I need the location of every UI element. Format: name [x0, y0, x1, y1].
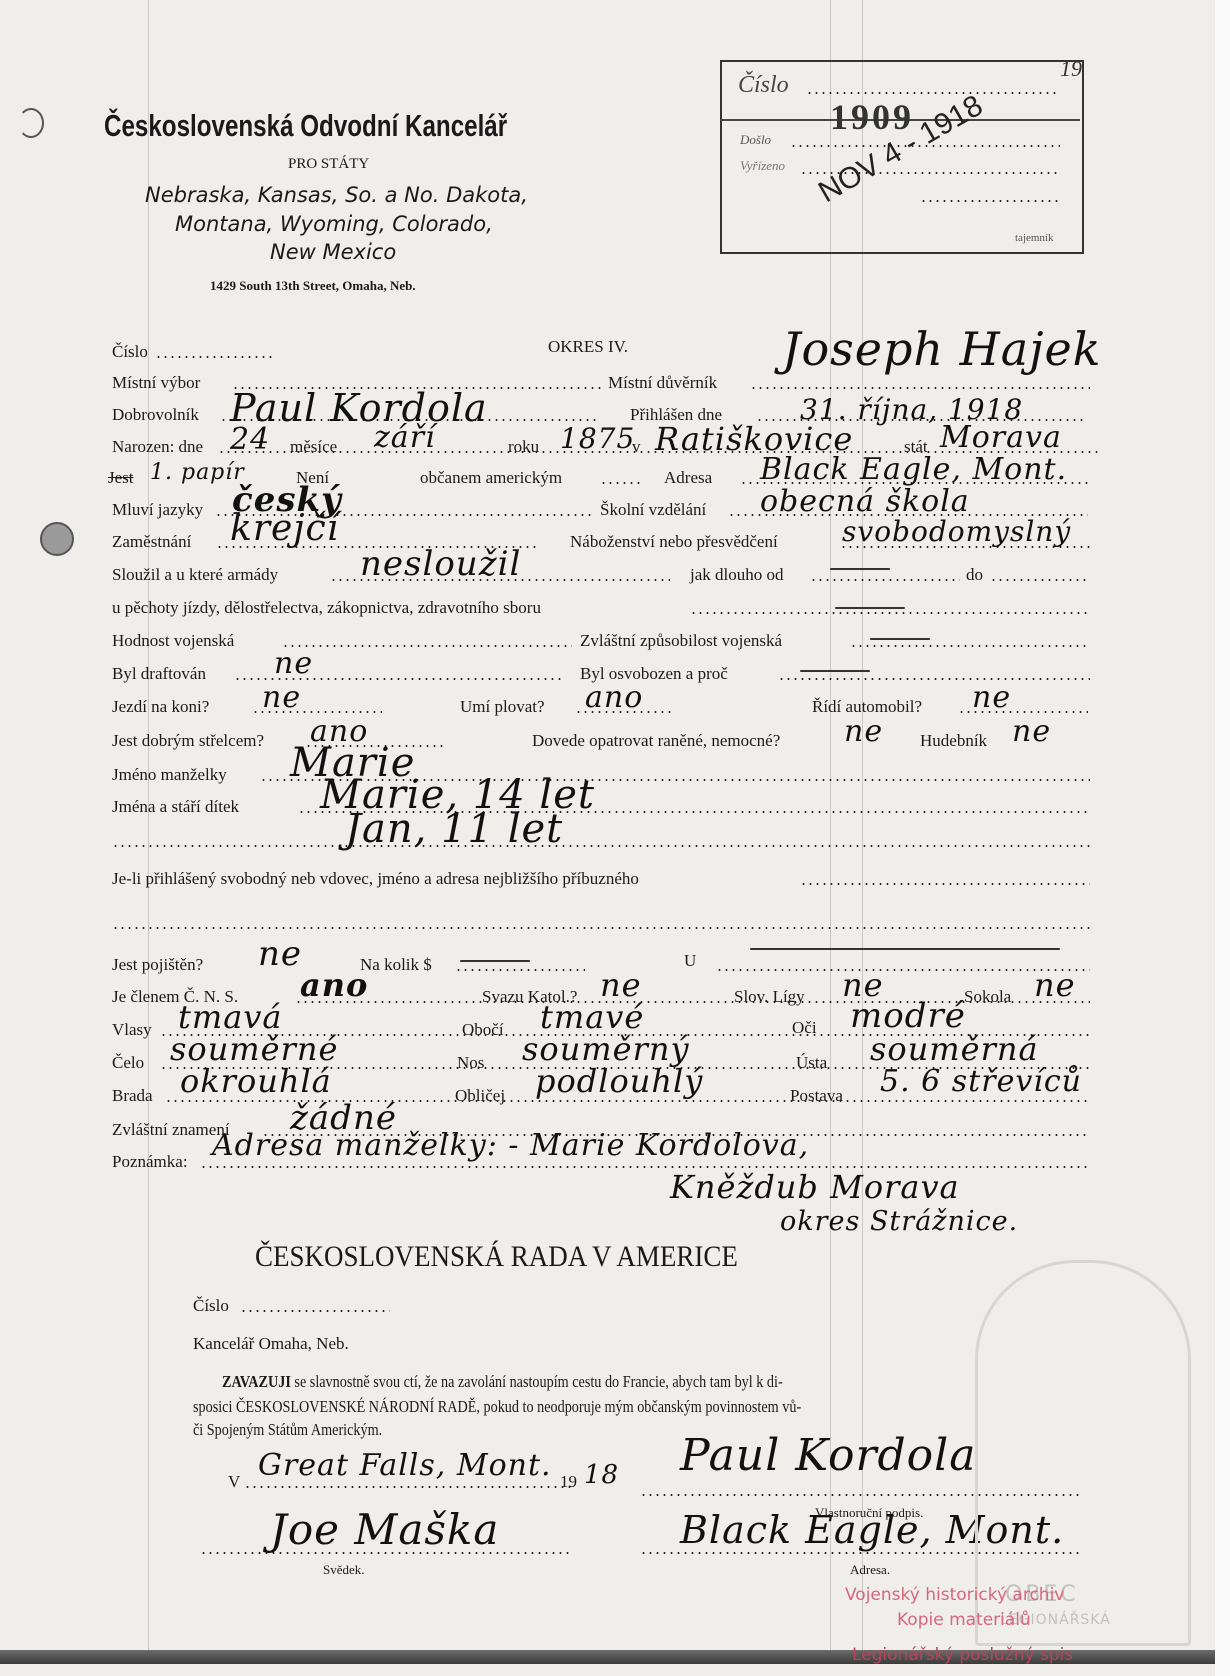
jak-dlouho-label: jak dlouho od [690, 565, 784, 585]
field-dots [800, 883, 1090, 885]
header-states-3: New Mexico [270, 240, 396, 264]
field-dots [990, 579, 1090, 581]
adresa-label: Adresa [664, 468, 712, 488]
zamestnani-label: Zaměstnání [112, 532, 191, 552]
kon-value: ne [262, 680, 301, 715]
header-address: 1429 South 13th Street, Omaha, Neb. [210, 278, 416, 294]
nos-label: Nos [457, 1053, 484, 1073]
page-edge [1215, 0, 1230, 1676]
skolni-value: obecná škola [760, 484, 970, 519]
header-states-1: Nebraska, Kansas, So. a No. Dakota, [145, 183, 528, 207]
narozen-state: Morava [940, 420, 1062, 455]
cns-value: ano [300, 966, 368, 1004]
field-dots [112, 927, 1090, 929]
pledge-cislo-label: Číslo [193, 1296, 229, 1316]
pledge-bold-word: ZAVAZUJI [222, 1372, 291, 1391]
mistni-duvernik-label: Místní důvěrník [608, 373, 717, 393]
pledge-line1: ZAVAZUJI se slavnostně svou ctí, že na z… [222, 1372, 783, 1392]
stamp-footer: tajemník [1015, 232, 1054, 244]
stamp-vyrizeno-label: Vyřízeno [740, 158, 785, 174]
field-dots [240, 1310, 390, 1312]
u-label: U [684, 951, 696, 971]
field-dots [155, 356, 275, 358]
header-states-2: Montana, Wyoming, Colorado, [175, 212, 493, 236]
mistni-vybor-label: Místní výbor [112, 373, 200, 393]
brada-value: okrouhlá [180, 1062, 332, 1100]
postava-value: 5. 6 střevíců [880, 1064, 1082, 1099]
field-dots [810, 579, 960, 581]
pledge-line3: či Spojeným Státům Americkým. [193, 1420, 382, 1440]
draftovan-value: ne [274, 646, 313, 681]
pojisten-value: ne [258, 934, 302, 974]
pledge-address-label: Adresa. [850, 1562, 890, 1578]
dite2-value: Jan, 11 let [345, 806, 563, 852]
nabozenstvi-value: svobodomyslný [842, 515, 1071, 548]
brada-label: Brada [112, 1086, 153, 1106]
mesice-label: měsíce [290, 437, 337, 457]
zvlastni-zpusobilost-label: Zvláštní způsobilost vojenská [580, 631, 782, 651]
field-dots [455, 969, 585, 971]
strelec-label: Jest dobrým střelcem? [112, 731, 264, 751]
narozen-month: září [374, 420, 436, 455]
field-dots [690, 612, 1090, 614]
pledge-line2: sposici ČESKOSLOVENSKÉ NÁRODNÍ RADĚ, pok… [193, 1397, 801, 1417]
punch-hole-icon [40, 522, 74, 556]
kon-label: Jezdí na koni? [112, 697, 209, 717]
poznamka-label: Poznámka: [112, 1152, 188, 1172]
narozen-label: Narozen: dne [112, 437, 203, 457]
field-dots [750, 387, 1090, 389]
oboci-label: Obočí [462, 1020, 504, 1040]
empty-dash [870, 638, 930, 640]
adresa-value: Black Eagle, Mont. [760, 452, 1067, 487]
header-subtitle: PRO STÁTY [288, 156, 369, 173]
empty-dash [830, 568, 890, 570]
ligy-label: Slov. Lígy [734, 987, 805, 1007]
stamp-year-suffix: 19 [1060, 56, 1082, 82]
vlasy-label: Vlasy [112, 1020, 152, 1040]
empty-dash [750, 948, 1060, 950]
empty-dash [460, 960, 530, 962]
pledge-heading: ČESKOSLOVENSKÁ RADA V AMERICE [255, 1240, 738, 1274]
field-dots [850, 645, 1090, 647]
poznamka-line1: Adresa manželky: - Marie Kordolova, [212, 1128, 809, 1163]
ranene-label: Dovede opatrovat raněné, nemocné? [532, 731, 780, 751]
celo-label: Čelo [112, 1053, 144, 1073]
hodnost-label: Hodnost vojenská [112, 631, 234, 651]
pechoty-label: u pěchoty jízdy, dělostřelectva, zákopni… [112, 598, 541, 618]
sokola-label: Sokola [964, 987, 1011, 1007]
pojisten-label: Jest pojištěn? [112, 955, 203, 975]
hudebnik-value: ne [1012, 714, 1051, 749]
archive-stamp-line3: Legionářský poslužný spis [852, 1645, 1073, 1665]
plovat-label: Umí plovat? [460, 697, 545, 717]
poznamka-line2: Kněždub Morava [670, 1168, 960, 1206]
roku-label: roku [508, 437, 539, 457]
automobil-value: ne [972, 680, 1011, 715]
ditky-label: Jména a stáří dítek [112, 797, 239, 817]
usta-label: Ústa [796, 1053, 827, 1073]
witness-label: Svědek. [323, 1562, 365, 1578]
sokola-value: ne [1034, 966, 1076, 1004]
skolni-label: Školní vzdělání [600, 500, 706, 520]
field-dots [282, 645, 572, 647]
mluvi-label: Mluví jazyky [112, 500, 203, 520]
pledge-v-label: V [228, 1472, 240, 1492]
stamp-cislo-label: Číslo [738, 72, 789, 99]
pledge-year-value: 18 [584, 1460, 619, 1490]
field-dots [295, 1001, 1090, 1003]
stamp-dots [806, 92, 1056, 94]
empty-dash [835, 607, 905, 609]
field-dots [778, 678, 1090, 680]
citizenship-note: 1. papír [150, 460, 245, 485]
manzelka-label: Jméno manželky [112, 765, 227, 785]
dobrovolnik-label: Dobrovolník [112, 405, 199, 425]
oblicej-label: Obličej [455, 1086, 505, 1106]
poznamka-line3: okres Strážnice. [780, 1206, 1018, 1237]
pledge-office: Kancelář Omaha, Neb. [193, 1334, 349, 1354]
na-kolik-label: Na kolik $ [360, 955, 432, 975]
stamp-doslo-label: Došlo [740, 132, 771, 148]
field-dots [112, 845, 1090, 847]
draftovan-label: Byl draftován [112, 664, 206, 684]
hudebnik-label: Hudebník [920, 731, 987, 751]
sluzil-value: nesloužil [360, 544, 521, 584]
pledge-place-value: Great Falls, Mont. [258, 1448, 552, 1483]
ranene-value: ne [844, 714, 883, 749]
witness-value: Joe Maška [270, 1505, 499, 1554]
scan-line [148, 0, 149, 1650]
archive-stamp-line1: Vojenský historický archiv [845, 1585, 1064, 1605]
empty-dash [800, 670, 870, 672]
nabozenstvi-label: Náboženství nebo přesvědčení [570, 532, 778, 552]
archive-stamp-line2: Kopie materiálů [897, 1610, 1031, 1630]
zamestnani-value: krejčí [230, 508, 339, 549]
field-dots [244, 1486, 574, 1488]
field-dots [600, 482, 640, 484]
signature-value: Paul Kordola [680, 1430, 976, 1481]
jest-label-struck: Jest [108, 468, 134, 488]
pribuzny-label: Je-li přihlášený svobodný neb vdovec, jm… [112, 869, 639, 889]
do-label: do [966, 565, 983, 585]
organization-title: Československá Odvodní Kancelář [104, 108, 507, 144]
pledge-line1-text: se slavnostně svou ctí, že na zavolání n… [291, 1372, 783, 1391]
postava-label: Postava [790, 1086, 843, 1106]
punch-hole-icon [18, 108, 44, 138]
obcanem-label: občanem americkým [420, 468, 562, 488]
stamp-dots [920, 200, 1060, 202]
v-label: v [632, 437, 641, 457]
mistni-duvernik-value: Joseph Hajek [782, 322, 1102, 376]
form-cislo-label: Číslo [112, 342, 148, 362]
oblicej-value: podlouhlý [535, 1062, 703, 1100]
plovat-value: ano [585, 680, 643, 715]
pledge-year-prefix: 19 [560, 1472, 577, 1492]
sluzil-label: Sloužil a u které armády [112, 565, 278, 585]
okres-label: OKRES IV. [548, 337, 628, 357]
usta-value: souměrná [870, 1030, 1039, 1068]
